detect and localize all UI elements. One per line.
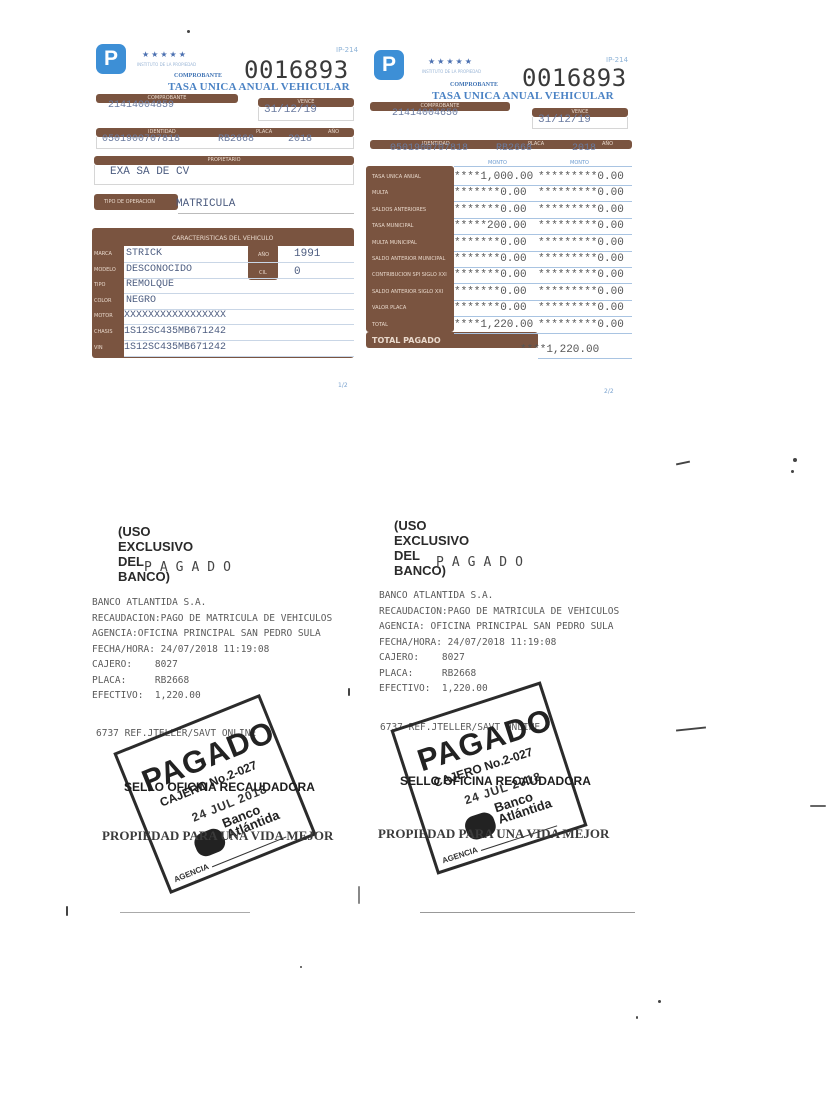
charge-amount: *******0.00 (454, 237, 527, 249)
scan-divider-line (120, 912, 250, 913)
vehicle-field-value: 1S12SC435MB671242 (124, 326, 226, 337)
year-label: AÑO (328, 128, 339, 137)
bank-receipt-line: RECAUDACION:PAGO DE MATRICULA DE VEHICUL… (92, 613, 332, 624)
comprobante-label: COMPROBANTE (450, 82, 498, 88)
charge-amount: *****200.00 (454, 220, 527, 232)
charge-amount: *******0.00 (454, 286, 527, 298)
page-number: 1/2 (338, 382, 348, 389)
divider (454, 267, 632, 268)
stars-emblem-icon: ★★★★★ (142, 50, 188, 59)
slogan: PROPIEDAD PARA UNA VIDA MEJOR (378, 826, 609, 842)
charge-label: TASA MUNICIPAL (372, 223, 413, 229)
charge-label: TOTAL (372, 322, 388, 328)
bank-receipt-line: BANCO ATLANTIDA S.A. (379, 590, 493, 601)
charge-amount: *******0.00 (454, 204, 527, 216)
tipo-operacion-label-box: TIPO DE OPERACION (94, 194, 178, 210)
scan-speck (66, 906, 68, 916)
charge-amount: *******0.00 (454, 302, 527, 314)
charge-label: SALDOS ANTERIORES (372, 207, 426, 213)
identity-value: 0501900707818 (390, 143, 468, 154)
propietario-header: PROPIETARIO (94, 156, 354, 165)
comprobante-value: 21414004650 (392, 108, 458, 119)
charge-label: MULTA (372, 190, 388, 196)
institution-name: INSTITUTO DE LA PROPIEDAD (422, 69, 481, 74)
divider (454, 316, 632, 317)
cil-label: CIL (259, 270, 267, 276)
year-label: AÑO (602, 140, 613, 149)
receipt-vehicle-info: P ★★★★★ INSTITUTO DE LA PROPIEDAD IP-214… (92, 38, 362, 368)
scan-divider-line (676, 726, 706, 731)
charge-other-amount: *********0.00 (538, 237, 624, 249)
vehicle-field-value: REMOLQUE (126, 279, 174, 290)
scan-divider-line (420, 912, 635, 913)
bank-receipt-line: RECAUDACION:PAGO DE MATRICULA DE VEHICUL… (379, 606, 619, 617)
vehicle-field-value: NEGRO (126, 295, 156, 306)
charge-amount: *******0.00 (454, 253, 527, 265)
scan-speck (791, 470, 794, 473)
folio-number: 0016893 (522, 64, 627, 92)
folio-number: 0016893 (244, 56, 349, 84)
sello-caption: SELLO OFICINA RECAUDADORA (400, 774, 591, 788)
sello-caption: SELLO OFICINA RECAUDADORA (124, 780, 315, 794)
divider (454, 234, 632, 235)
vence-value: 31/12/19 (538, 114, 591, 126)
vehicle-field-label: CHASIS (94, 329, 113, 335)
scan-divider-line (676, 461, 690, 466)
divider (124, 356, 354, 357)
bank-receipt-line: EFECTIVO: 1,220.00 (379, 683, 488, 694)
charge-label: SALDO ANTERIOR MUNICIPAL (372, 256, 445, 262)
vehicle-field-value: 1S12SC435MB671242 (124, 342, 226, 353)
ip-logo-icon: P (96, 44, 126, 74)
bank-receipt-line: AGENCIA: OFICINA PRINCIPAL SAN PEDRO SUL… (379, 621, 614, 632)
charge-other-amount: *********0.00 (538, 286, 624, 298)
charge-other-amount: *********0.00 (538, 171, 624, 183)
vehicle-field-label: TIPO (94, 282, 105, 288)
divider (454, 218, 632, 219)
bank-status: PAGADO (144, 560, 239, 575)
divider (124, 293, 354, 294)
vehicle-field-value: DESCONOCIDO (126, 264, 192, 275)
form-title: TASA UNICA ANUAL VEHICULAR (168, 81, 350, 93)
vehicle-field-label: COLOR (94, 298, 111, 304)
vence-value: 31/12/19 (264, 104, 317, 116)
scan-speck (187, 30, 190, 33)
vehicle-field-label: MOTOR (94, 313, 113, 319)
year-value: 2018 (288, 134, 312, 145)
receipt-payment-detail: P ★★★★★ INSTITUTO DE LA PROPIEDAD IP-214… (370, 42, 640, 397)
charge-amount: ****1,000.00 (454, 171, 533, 183)
tipo-operacion-value: MATRICULA (176, 198, 235, 210)
divider (454, 333, 632, 334)
scan-speck (793, 458, 797, 462)
charge-other-amount: *********0.00 (538, 302, 624, 314)
vehicle-field-label: MARCA (94, 251, 112, 257)
charge-label: TASA UNICA ANUAL (372, 174, 421, 180)
charge-label: SALDO ANTERIOR SIGLO XXI (372, 289, 443, 295)
plate-value: RB2668 (218, 134, 254, 145)
charge-amount: *******0.00 (454, 187, 527, 199)
scan-speck (810, 805, 826, 807)
scan-speck (348, 688, 350, 696)
ano-label: AÑO (258, 252, 269, 258)
form-title: TASA UNICA ANUAL VEHICULAR (432, 90, 614, 102)
plate-value: RB2668 (496, 143, 532, 154)
divider (454, 201, 632, 202)
tipo-operacion-label: TIPO DE OPERACION (104, 199, 155, 205)
ano-value: 1991 (294, 248, 320, 260)
divider (454, 300, 632, 301)
bank-receipt-line: FECHA/HORA: 24/07/2018 11:19:08 (92, 644, 269, 655)
divider (454, 283, 632, 284)
bank-receipt-line: FECHA/HORA: 24/07/2018 11:19:08 (379, 637, 556, 648)
scan-speck (636, 1016, 638, 1019)
divider (454, 251, 632, 252)
cil-value: 0 (294, 266, 301, 278)
charge-other-amount: *********0.00 (538, 319, 624, 331)
form-code: IP-214 (606, 56, 628, 64)
charge-other-amount: *********0.00 (538, 269, 624, 281)
vehicle-field-value: STRICK (126, 248, 162, 259)
charge-label: CONTRIBUCION SPI SIGLO XXI (372, 272, 447, 278)
bank-receipt-line: EFECTIVO: 1,220.00 (92, 690, 201, 701)
bank-receipt-line: CAJERO: 8027 (379, 652, 465, 663)
year-value: 2018 (572, 143, 596, 154)
scan-speck (358, 886, 360, 904)
stamp-agencia: AGENCIA (441, 845, 479, 865)
scan-speck (658, 1000, 661, 1003)
slogan: PROPIEDAD PARA UNA VIDA MEJOR (102, 828, 333, 844)
vehicle-field-value: XXXXXXXXXXXXXXXXX (124, 310, 226, 321)
charge-other-amount: *********0.00 (538, 204, 624, 216)
bank-heading: (USO EXCLUSIVO DEL BANCO) (118, 524, 193, 584)
total-pagado-label: TOTAL PAGADO (372, 336, 441, 345)
charge-other-amount: *********0.00 (538, 253, 624, 265)
charge-label: MULTA MUNICIPAL (372, 240, 417, 246)
stamp-agencia: AGENCIA (173, 862, 211, 884)
identity-value: 0501900707818 (102, 134, 180, 145)
stars-emblem-icon: ★★★★★ (428, 57, 474, 66)
bank-receipt-line: AGENCIA:OFICINA PRINCIPAL SAN PEDRO SULA (92, 628, 321, 639)
caracteristicas-title: CARACTERISTICAS DEL VEHICULO (172, 235, 273, 242)
charge-amount: *******0.00 (454, 269, 527, 281)
page-number: 2/2 (604, 388, 614, 395)
comprobante-label: COMPROBANTE (174, 73, 222, 79)
plate-label: PLACA (256, 128, 272, 137)
bank-receipt-line: PLACA: RB2668 (92, 675, 189, 686)
institution-name: INSTITUTO DE LA PROPIEDAD (137, 62, 196, 67)
comprobante-value: 21414004859 (108, 100, 174, 111)
pagado-stamp: PAGADO CAJERO No.2-027 24 JUL 2018 Banco… (113, 694, 316, 894)
charge-label: VALOR PLACA (372, 305, 406, 311)
charge-amount: ****1,220.00 (454, 319, 533, 331)
charge-other-amount: *********0.00 (538, 220, 624, 232)
ip-logo-icon: P (374, 50, 404, 80)
divider (454, 185, 632, 186)
bank-status: PAGADO (436, 555, 531, 570)
bank-receipt-line: PLACA: RB2668 (379, 668, 476, 679)
bank-receipt-line: BANCO ATLANTIDA S.A. (92, 597, 206, 608)
form-code: IP-214 (336, 46, 358, 54)
charge-other-amount: *********0.00 (538, 187, 624, 199)
vehicle-field-label: MODELO (94, 267, 116, 273)
propietario-value: EXA SA DE CV (110, 166, 189, 178)
divider (178, 213, 354, 214)
scan-speck (300, 966, 302, 968)
vehicle-field-label: VIN (94, 345, 103, 351)
divider (538, 358, 632, 359)
bank-receipt-line: CAJERO: 8027 (92, 659, 178, 670)
divider (454, 166, 632, 167)
total-pagado-value: ****1,220.00 (520, 344, 599, 356)
